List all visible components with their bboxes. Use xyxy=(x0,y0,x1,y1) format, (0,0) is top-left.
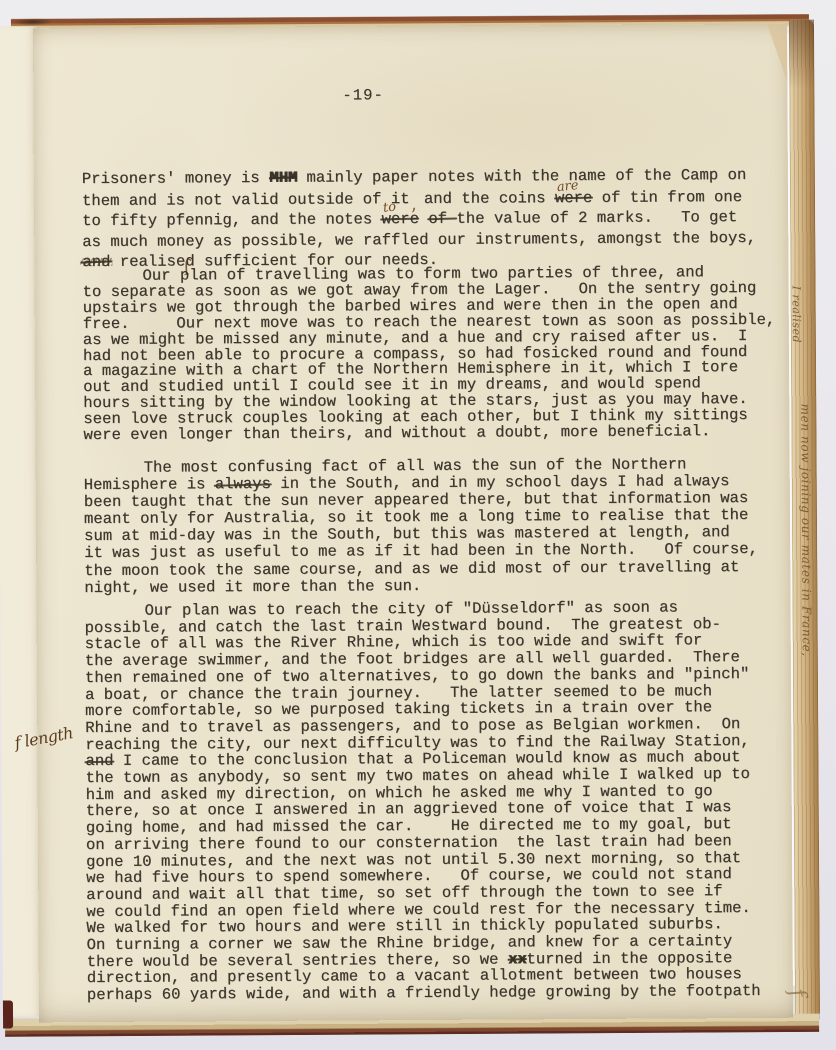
book-fore-edge: I realised men now joining our mates in … xyxy=(789,20,820,1020)
page-number: -19- xyxy=(342,86,384,104)
open-book: I realised men now joining our mates in … xyxy=(0,0,836,1050)
typed-paragraph-travel-plan: Our plan of travelling was to form two p… xyxy=(82,265,776,444)
typed-paragraph-prisoners-money: Prisoners' money is MHM mainly paper not… xyxy=(82,165,756,273)
fore-edge-handwriting: I realised xyxy=(790,286,803,343)
typed-paragraph-dusseldorf: Our plan was to reach the city of "Düsse… xyxy=(85,599,761,1004)
typed-paragraph-confusing-sun: The most confusing fact of all was the s… xyxy=(84,456,759,597)
fore-edge-handwriting: men now joining our mates in France, xyxy=(798,404,814,657)
cover-corner xyxy=(3,1000,13,1028)
page-corner-fold xyxy=(767,24,787,82)
typed-memoir-page: -19- Prisoners' money is MHM mainly pape… xyxy=(33,24,793,1023)
